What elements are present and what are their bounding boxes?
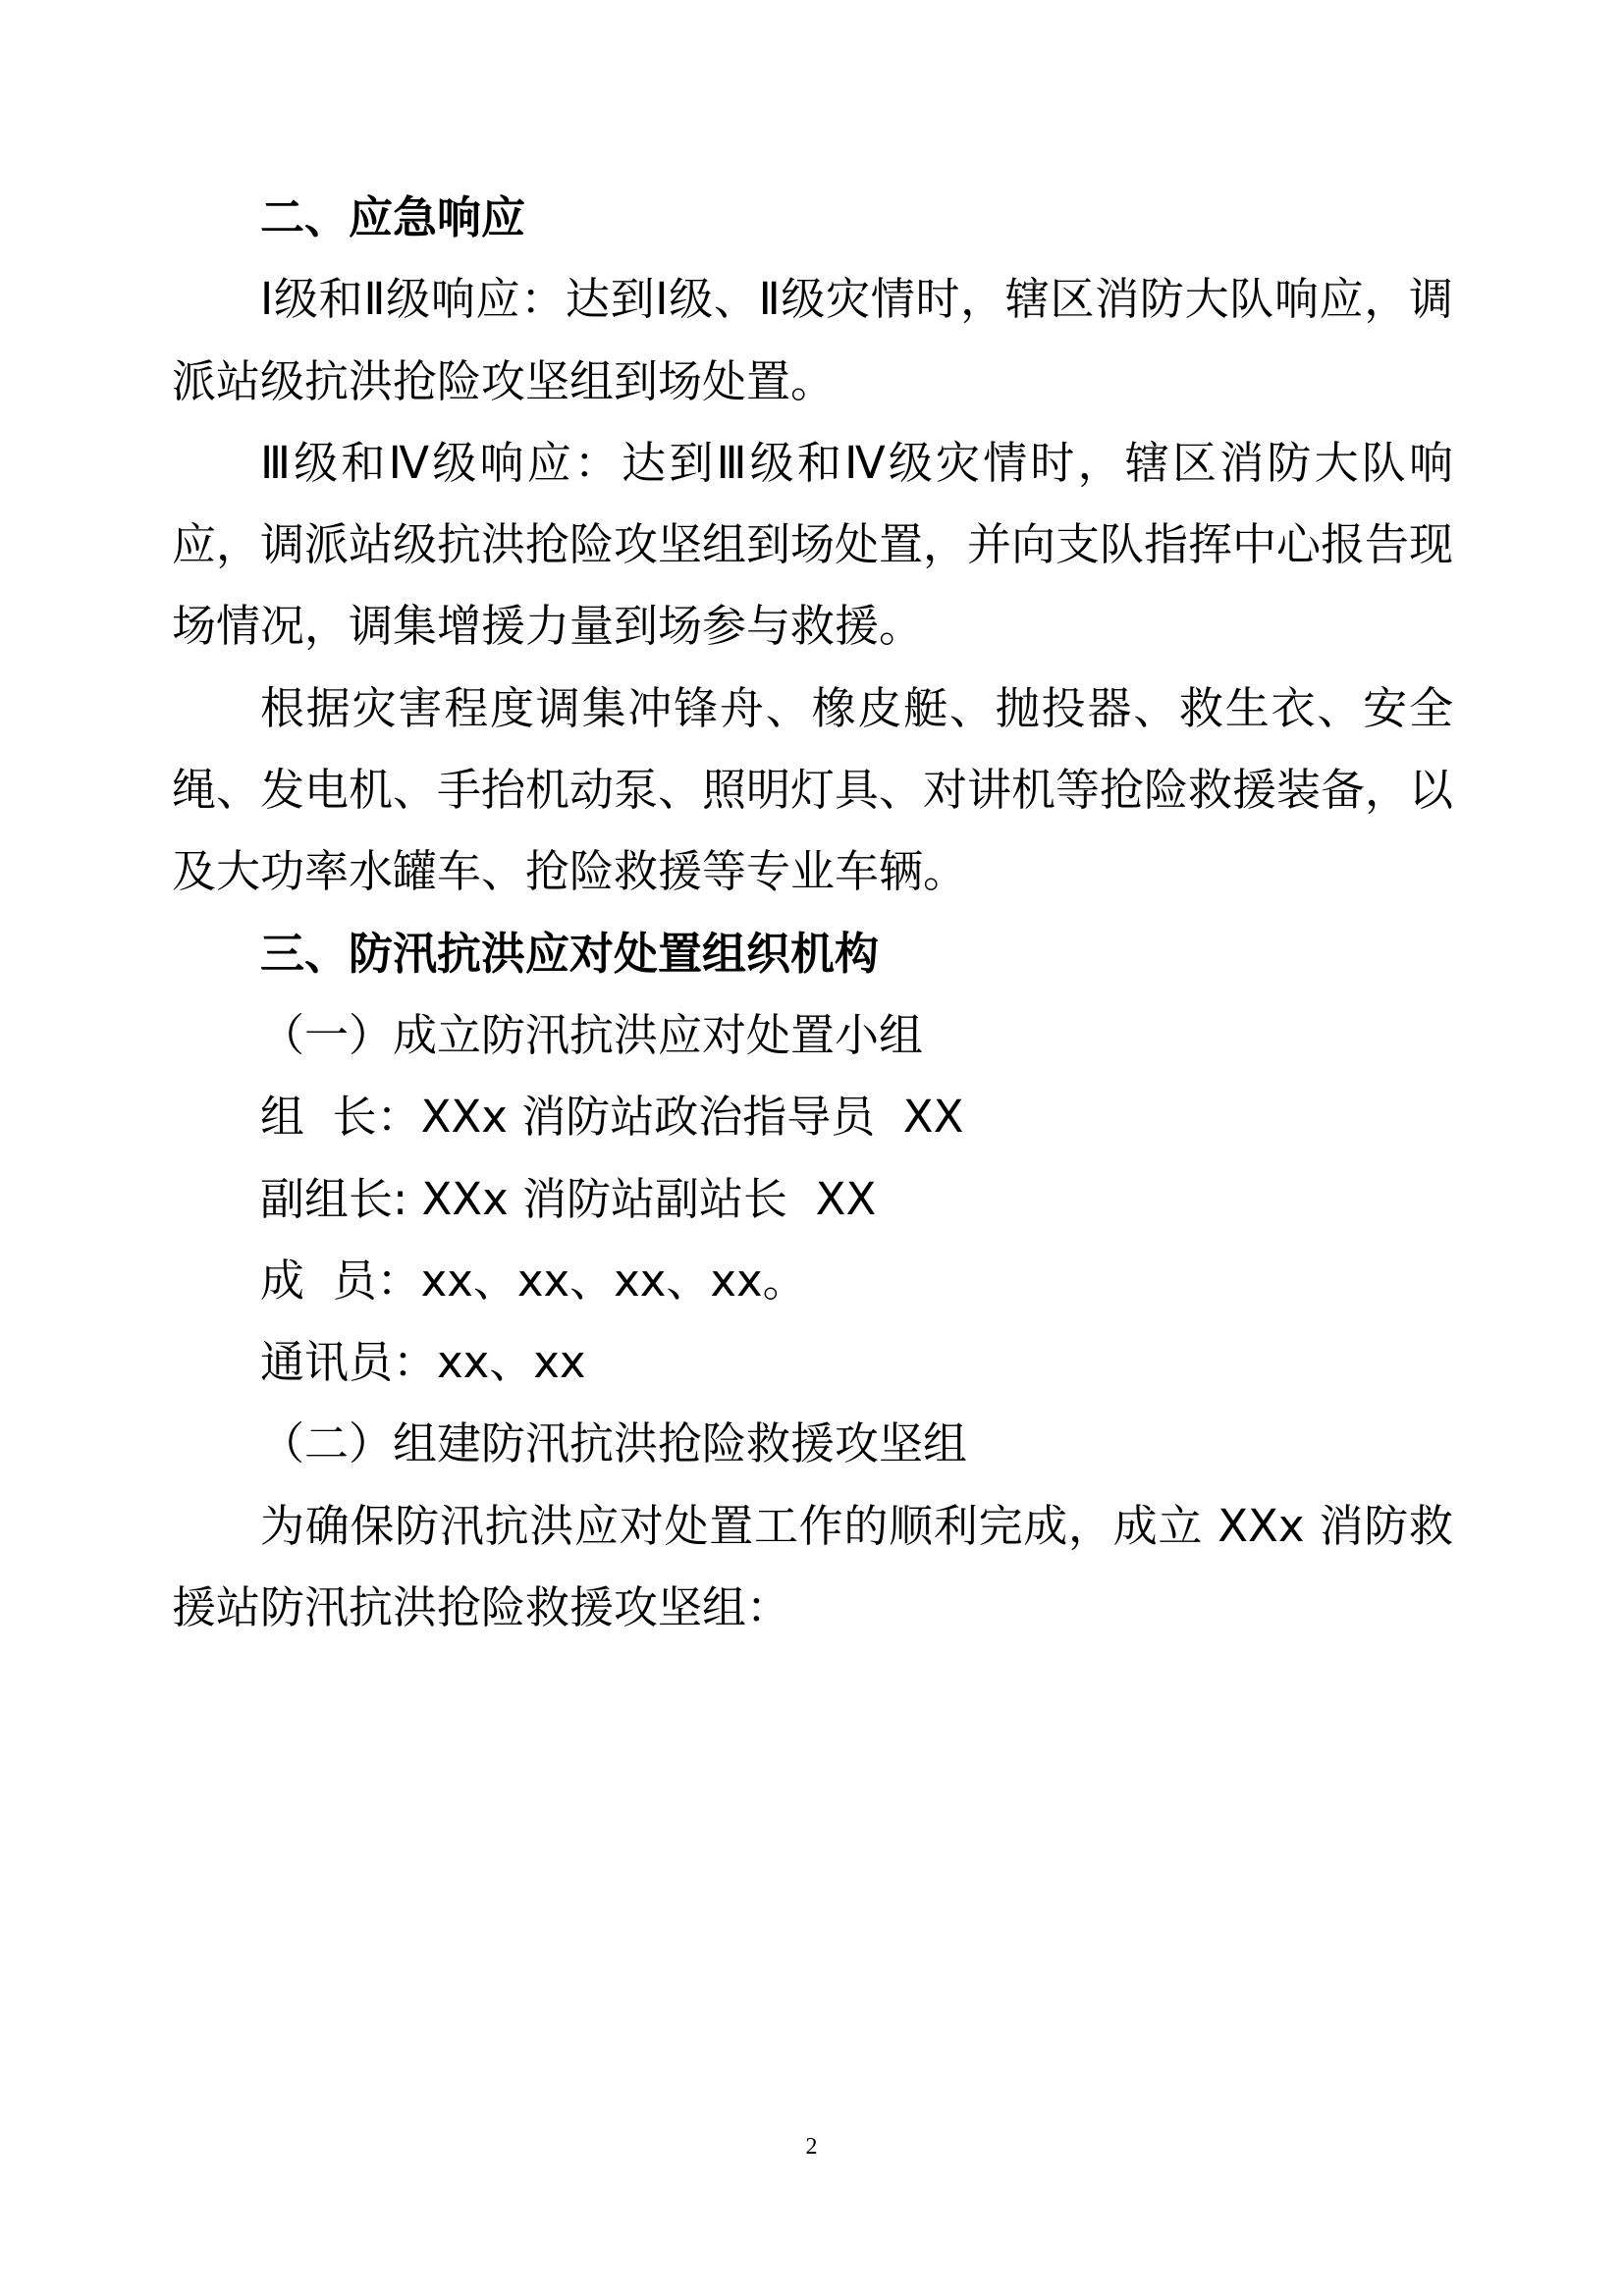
subsection-heading-rescue-team: （二）组建防汛抗洪抢险救援攻坚组 <box>172 1403 1453 1484</box>
section-heading-emergency-response: 二、应急响应 <box>172 177 1453 258</box>
group-leader-line: 组 长：XXx 消防站政治指导员 XX <box>172 1076 1453 1157</box>
paragraph-equipment-dispatch: 根据灾害程度调集冲锋舟、橡皮艇、抛投器、救生衣、安全绳、发电机、手抬机动泵、照明… <box>172 667 1453 913</box>
communicator-line: 通讯员：xx、xx <box>172 1321 1453 1403</box>
page-number: 2 <box>0 2132 1623 2162</box>
paragraph-level-1-2-response: Ⅰ级和Ⅱ级响应：达到Ⅰ级、Ⅱ级灾情时，辖区消防大队响应，调派站级抗洪抢险攻坚组到… <box>172 258 1453 422</box>
deputy-leader-line: 副组长: XXx 消防站副站长 XX <box>172 1158 1453 1240</box>
document-page: 二、应急响应 Ⅰ级和Ⅱ级响应：达到Ⅰ级、Ⅱ级灾情时，辖区消防大队响应，调派站级抗… <box>172 177 1453 1648</box>
members-line: 成 员：xx、xx、xx、xx。 <box>172 1240 1453 1321</box>
subsection-heading-response-group: （一）成立防汛抗洪应对处置小组 <box>172 994 1453 1076</box>
paragraph-level-3-4-response: Ⅲ级和Ⅳ级响应：达到Ⅲ级和Ⅳ级灾情时，辖区消防大队响应，调派站级抗洪抢险攻坚组到… <box>172 422 1453 667</box>
section-heading-organization: 三、防汛抗洪应对处置组织机构 <box>172 913 1453 994</box>
paragraph-rescue-team-establishment: 为确保防汛抗洪应对处置工作的顺利完成，成立 XXx 消防救援站防汛抗洪抢险救援攻… <box>172 1485 1453 1649</box>
